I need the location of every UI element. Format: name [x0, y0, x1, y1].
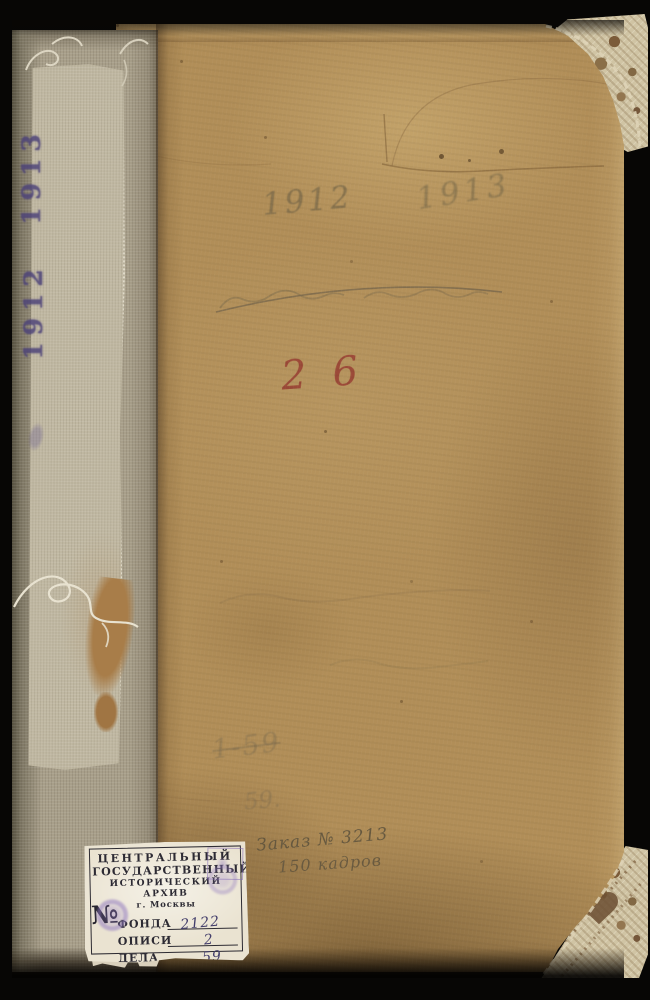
pencil-ref-lower: 59.: [243, 786, 282, 815]
fond-line: 2122: [167, 912, 237, 930]
spine-year-stamp-top: 1913: [17, 114, 47, 238]
numero-sign: №: [90, 900, 119, 930]
book-top-edge-shadow: [12, 20, 624, 36]
archive-label: ЦЕНТРАЛЬНЫЙ ГОСУДАРСТВЕННЫЙ ИСТОРИЧЕСКИЙ…: [83, 840, 249, 963]
spine-paper-seam: [156, 24, 184, 972]
archive-label-rows: ФОНДА 2122 ОПИСИ 2 ДЕЛА 59: [117, 912, 238, 966]
book-cover-paper: 1912 1913 26 1-59 59. Заказ № 3213 150 к…: [116, 24, 624, 972]
spine-year-stamp-bottom: 1912: [19, 249, 49, 373]
photo-backdrop: 1912 1913 26 1-59 59. Заказ № 3213 150 к…: [0, 0, 650, 1000]
rect-stamp-icon: [207, 848, 243, 880]
opis-line: 2: [168, 929, 238, 947]
fond-label: ФОНДА: [117, 917, 167, 931]
loose-threads-middle: [6, 545, 146, 655]
red-case-number: 26: [280, 346, 386, 399]
spine-stain-small: [94, 692, 118, 732]
book-spine-cloth: 1913 1912: [12, 30, 158, 972]
archive-name-line3: ИСТОРИЧЕСКИЙ АРХИВ: [93, 876, 239, 901]
opis-label: ОПИСИ: [118, 934, 168, 948]
struck-inscription: [212, 270, 512, 330]
faint-pencil-traces: [210, 555, 510, 695]
